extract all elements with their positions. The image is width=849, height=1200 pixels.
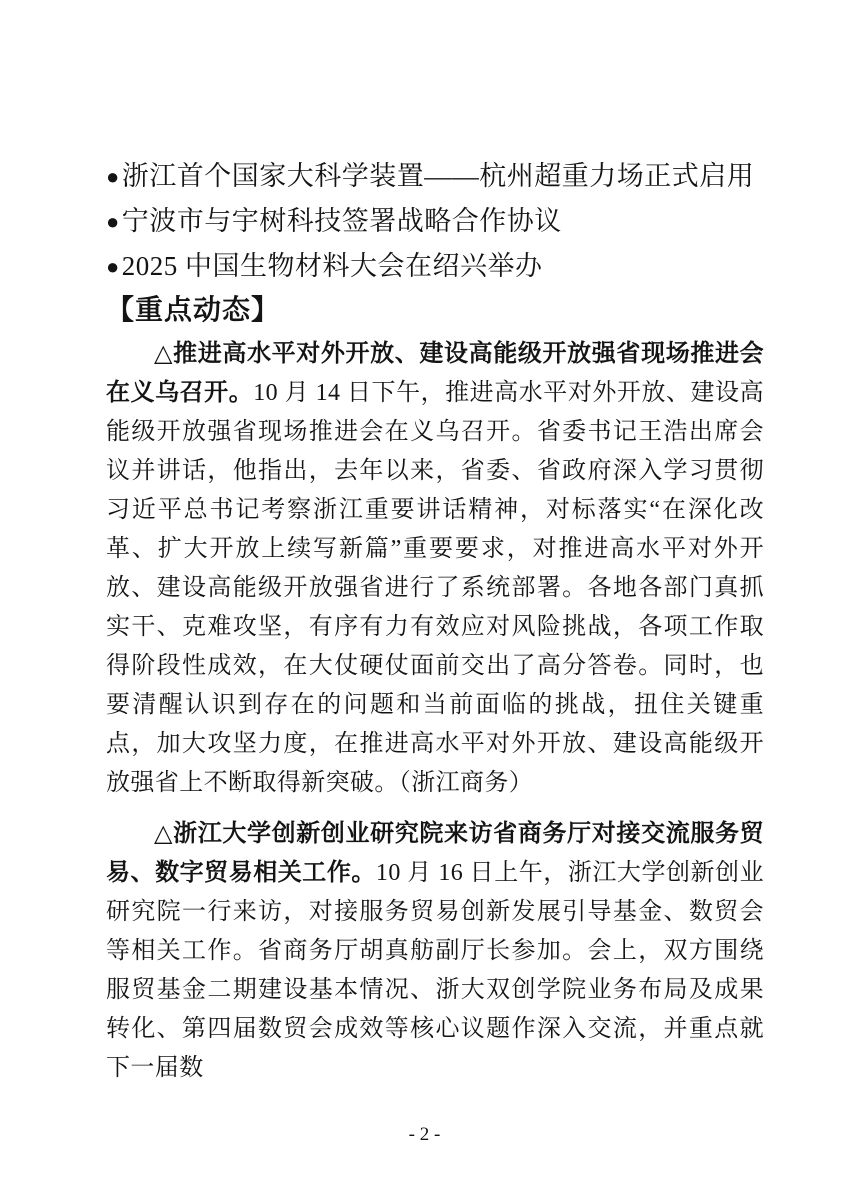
page-content: ●浙江首个国家大科学装置——杭州超重力场正式启用 ●宁波市与宇树科技签署战略合作… <box>106 154 764 1100</box>
bullet-icon: ● <box>106 254 120 279</box>
paragraph-2-body: 10 月 16 日上午，浙江大学创新创业研究院一行来访，对接服务贸易创新发展引导… <box>106 860 764 1081</box>
paragraph-1-body: 10 月 14 日下午，推进高水平对外开放、建设高能级开放强省现场推进会在义乌召… <box>106 380 764 796</box>
page-number: - 2 - <box>409 1124 441 1145</box>
headline-text: 浙江首个国家大科学装置——杭州超重力场正式启用 <box>122 161 755 191</box>
headline-text: 宁波市与宇树科技签署战略合作协议 <box>122 206 562 236</box>
bullet-icon: ● <box>106 164 120 189</box>
headline-text: 2025 中国生物材料大会在绍兴举办 <box>122 251 543 281</box>
document-page: ●浙江首个国家大科学装置——杭州超重力场正式启用 ●宁波市与宇树科技签署战略合作… <box>0 0 849 1200</box>
page-footer: - 2 - <box>0 1122 849 1148</box>
headline-item: ●宁波市与宇树科技签署战略合作协议 <box>106 199 764 244</box>
bullet-icon: ● <box>106 209 120 234</box>
section-header: 【重点动态】 <box>106 289 764 331</box>
headline-list: ●浙江首个国家大科学装置——杭州超重力场正式启用 ●宁波市与宇树科技签署战略合作… <box>106 154 764 289</box>
headline-item: ●2025 中国生物材料大会在绍兴举办 <box>106 244 764 289</box>
paragraph-1: △推进高水平对外开放、建设高能级开放强省现场推进会在义乌召开。10 月 14 日… <box>106 335 764 803</box>
headline-item: ●浙江首个国家大科学装置——杭州超重力场正式启用 <box>106 154 764 199</box>
paragraph-2: △浙江大学创新创业研究院来访省商务厅对接交流服务贸易、数字贸易相关工作。10 月… <box>106 815 764 1088</box>
